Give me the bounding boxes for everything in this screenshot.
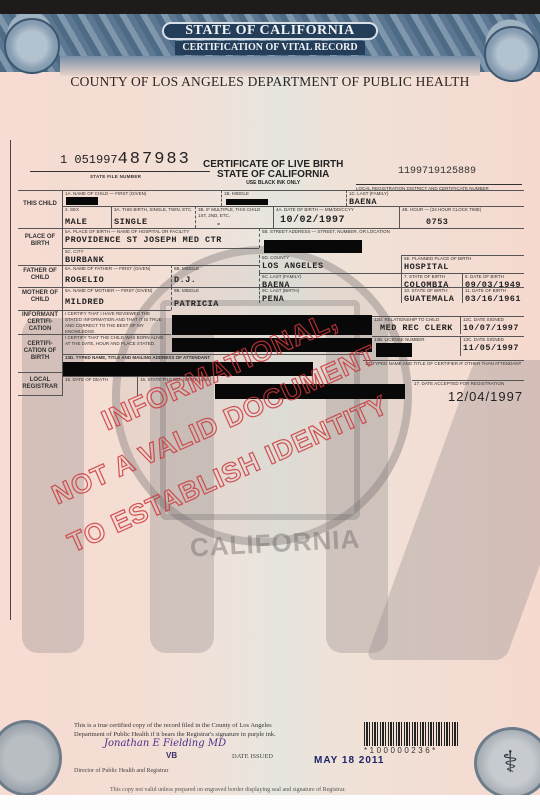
registrar-signature: Jonathan E Fielding MD (104, 738, 226, 749)
section-father: FATHER OF CHILD (18, 265, 62, 287)
field-label: 6A. NAME OF FATHER — FIRST (GIVEN) (63, 266, 171, 272)
field-label: 3A. THIS BIRTH, SINGLE, TWIN, ETC. (112, 207, 195, 213)
field-value: 10/07/1997 (461, 323, 524, 333)
director-title: Director of Public Health and Registrar (74, 768, 168, 774)
field-label: 9B. MIDDLE (172, 288, 259, 294)
banner-fade (60, 56, 480, 76)
cert-heading-line2: STATE OF CALIFORNIA (203, 170, 343, 180)
field-birth-type: 3A. THIS BIRTH, SINGLE, TWIN, ETC. SINGL… (111, 206, 195, 228)
field-value: MILDRED (63, 297, 171, 307)
county-department-title: COUNTY OF LOS ANGELES DEPARTMENT OF PUBL… (0, 74, 540, 90)
section-local-registrar: LOCAL REGISTRAR (18, 372, 62, 396)
state-file-number: 1 051997487983 (60, 150, 191, 169)
date-issued-label: DATE ISSUED (232, 753, 273, 760)
field-label: 3B. IF MULTIPLE, THIS CHILD 1ST, 2ND, ET… (196, 207, 268, 219)
field-father-dob: 8. DATE OF BIRTH 09/03/1949 (462, 273, 524, 287)
caduceus-icon: ⚕ (502, 745, 518, 780)
field-value: PROVIDENCE ST JOSEPH MED CTR (63, 235, 259, 245)
field-value: HOSPITAL (402, 262, 524, 272)
field-county: 5D. COUNTY LOS ANGELES (259, 255, 401, 273)
field-value: 11/05/1997 (461, 343, 524, 353)
cert-heading-line3: USE BLACK INK ONLY (203, 180, 343, 186)
field-value: 0753 (400, 217, 524, 227)
field-registrar-1: 15. DATE OF DEATH (63, 376, 137, 396)
redaction-bar (376, 343, 412, 357)
certified-copy-statement: This is a true certified copy of the rec… (74, 721, 276, 739)
field-label: 14. TYPED NAME AND TITLE OF CERTIFIER IF… (363, 361, 524, 367)
field-mother-dob: 11. DATE OF BIRTH 03/16/1961 (462, 287, 524, 303)
field-label: 17. DATE ACCEPTED FOR REGISTRATION (412, 381, 524, 387)
barcode (364, 722, 458, 746)
field-relationship: 12B. RELATIONSHIP TO CHILD MED REC CLERK (372, 316, 460, 334)
field-value: PATRICIA (172, 299, 259, 309)
field-cert-date: 13C. DATE SIGNED 11/05/1997 (460, 336, 524, 356)
field-hour: 4B. HOUR — (24 HOUR CLOCK TIME) 0753 (399, 206, 524, 228)
field-mother-first: 9A. NAME OF MOTHER — FIRST (GIVEN) MILDR… (63, 287, 171, 310)
certification-title: CERTIFICATION OF VITAL RECORD (175, 41, 365, 55)
scan-margin (0, 795, 540, 810)
barcode-number: *100000236* (364, 746, 438, 755)
divider (30, 171, 210, 172)
field-label: 15. DATE OF DEATH (63, 377, 137, 383)
redaction-bar (66, 197, 98, 205)
field-father-last: 6C. LAST (FAMILY) BAENA (259, 273, 401, 287)
field-label: 4A. DATE OF BIRTH — MM/DD/CCYY (274, 207, 399, 213)
form-border (10, 140, 11, 620)
field-value: MALE (63, 217, 111, 227)
field-label: 5B. STREET ADDRESS — STREET, NUMBER, OR … (260, 229, 524, 235)
field-label: 4B. HOUR — (24 HOUR CLOCK TIME) (400, 207, 524, 213)
field-mother-state: 10. STATE OF BIRTH GUATEMALA (401, 287, 462, 303)
field-value: 03/16/1961 (463, 294, 524, 304)
field-value: GUATEMALA (402, 294, 462, 304)
date-accepted-value: 12/04/1997 (448, 389, 523, 404)
local-registration-number: 1199719125889 (398, 166, 476, 177)
field-father-first: 6A. NAME OF FATHER — FIRST (GIVEN) ROGEL… (63, 265, 171, 287)
field-sex: 2. SEX MALE (63, 206, 111, 228)
field-label: 1B. MIDDLE (222, 191, 346, 197)
clerk-initials: VB (166, 751, 177, 760)
informant-statement: I CERTIFY THAT I HAVE REVIEWED THE STATE… (63, 310, 171, 334)
field-date-of-birth: 4A. DATE OF BIRTH — MM/DD/CCYY 10/02/199… (273, 206, 399, 228)
section-certification: CERTIFI-CATION OF BIRTH (18, 334, 62, 372)
section-mother: MOTHER OF CHILD (18, 287, 62, 309)
redaction-bar (264, 240, 362, 253)
field-certifier: 14. TYPED NAME AND TITLE OF CERTIFIER IF… (363, 360, 524, 372)
rosette-icon (4, 18, 60, 74)
field-value: BURBANK (63, 255, 259, 265)
certificate-heading: CERTIFICATE OF LIVE BIRTH STATE OF CALIF… (203, 160, 343, 186)
field-child-last: 1C. LAST (FAMILY) BAENA (346, 190, 524, 206)
section-place-of-birth: PLACE OF BIRTH (18, 228, 62, 258)
field-value: D.J. (172, 275, 259, 285)
field-value: 10/02/1997 (274, 215, 399, 226)
field-facility: 5A. PLACE OF BIRTH — NAME OF HOSPITAL OR… (63, 228, 259, 248)
field-informant-date: 12C. DATE SIGNED 10/07/1997 (460, 316, 524, 334)
field-label: 9A. NAME OF MOTHER — FIRST (GIVEN) (63, 288, 171, 294)
field-city: 5C. CITY BURBANK (63, 248, 259, 265)
field-value: PENA (260, 294, 401, 304)
date-issued-value: MAY 18 2011 (314, 755, 385, 766)
certify-line1: This is a true certified copy of the rec… (74, 721, 276, 730)
field-label: 6B. MIDDLE (172, 266, 259, 272)
field-value: SINGLE (112, 217, 195, 227)
field-mother-middle: 9B. MIDDLE PATRICIA (171, 287, 259, 310)
field-father-middle: 6B. MIDDLE D.J. (171, 265, 259, 287)
file-number-suffix: 487983 (118, 150, 191, 169)
field-label: I CERTIFY THAT I HAVE REVIEWED THE STATE… (63, 311, 167, 335)
field-mother-last: 9C. LAST (BIRTH) PENA (259, 287, 401, 303)
certifier-statement: I CERTIFY THAT THE CHILD WAS BORN ALIVE … (63, 334, 171, 354)
field-multiple: 3B. IF MULTIPLE, THIS CHILD 1ST, 2ND, ET… (195, 206, 273, 228)
field-value: MED REC CLERK (372, 323, 460, 333)
field-value: ROGELIO (63, 275, 171, 285)
field-planned-place: 5E. PLANNED PLACE OF BIRTH HOSPITAL (401, 255, 524, 273)
file-number-prefix: 1 051997 (60, 153, 118, 167)
field-value: LOS ANGELES (260, 261, 401, 271)
section-this-child: THIS CHILD (18, 190, 62, 228)
redaction-bar (226, 199, 268, 205)
validity-note: This copy not valid unless prepared on e… (110, 787, 346, 793)
state-title: STATE OF CALIFORNIA (162, 22, 378, 40)
section-informant: INFORMANT CERTIFI-CATION (18, 310, 62, 334)
state-file-label: STATE FILE NUMBER (90, 174, 141, 179)
field-label: I CERTIFY THAT THE CHILD WAS BORN ALIVE … (63, 335, 167, 347)
field-label: 2. SEX (63, 207, 111, 213)
field-father-state: 7. STATE OF BIRTH COLOMBIA (401, 273, 462, 287)
